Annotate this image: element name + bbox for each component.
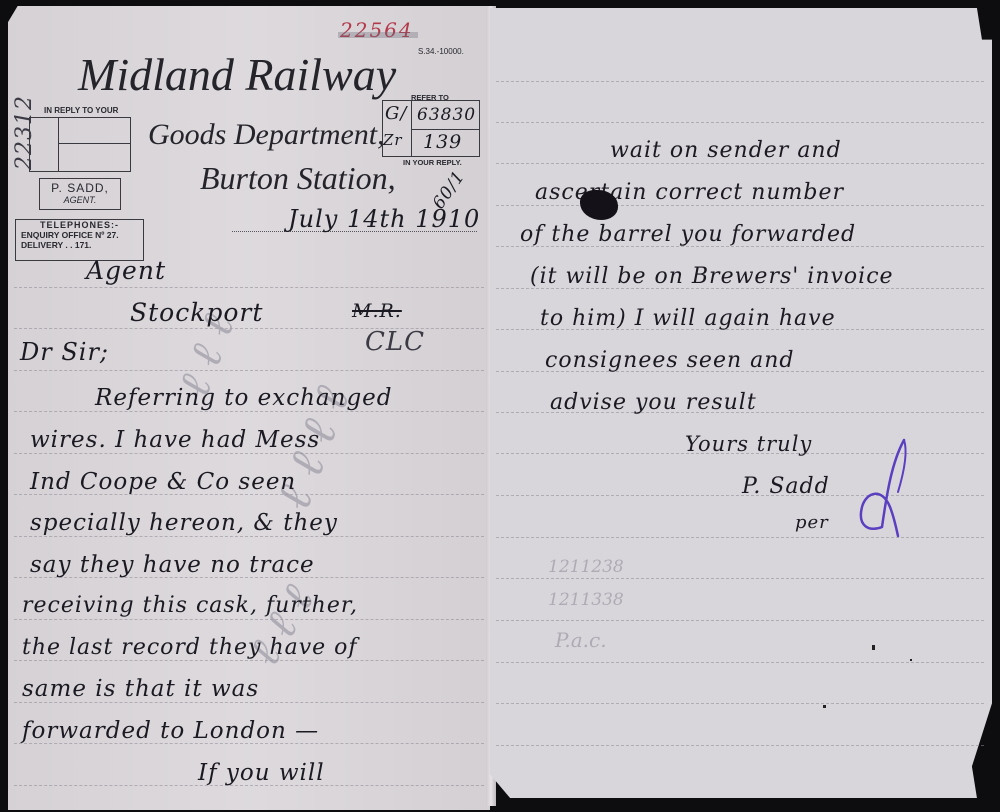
salutation: Dr Sir; — [20, 338, 109, 366]
letter-line: of the barrel you forwarded — [520, 222, 856, 247]
refer-prefix-top: G/ — [385, 103, 407, 124]
station-name: Burton Station, — [200, 160, 396, 197]
letter-line: wires. I have had Mess — [30, 427, 320, 453]
telephones-box: TELEPHONES:- ENQUIRY OFFICE Nº 27. DELIV… — [15, 219, 144, 261]
violet-initial-mark — [852, 432, 912, 544]
agent-title: AGENT. — [40, 195, 120, 205]
delivery-number: DELIVERY . . 171. — [16, 240, 143, 250]
agent-box: P. SADD, AGENT. — [39, 178, 121, 210]
closing: Yours truly — [685, 432, 812, 456]
in-your-reply-label: IN YOUR REPLY. — [403, 158, 462, 167]
letter-line: (it will be on Brewers' invoice — [530, 264, 894, 289]
struck-text: M.R. — [352, 300, 402, 322]
ink-speck — [872, 645, 875, 650]
pencil-note: P.a.c. — [555, 628, 607, 652]
form-code: S.34.-10000. — [418, 47, 464, 56]
company-name: Midland Railway — [78, 48, 396, 101]
letter-line: If you will — [198, 760, 325, 786]
pencil-note: 1211338 — [548, 590, 624, 610]
strike-smudge — [338, 32, 418, 38]
refer-number-bottom: 139 — [423, 131, 462, 153]
letter-line: consignees seen and — [545, 348, 795, 373]
letter-line: advise you result — [550, 390, 757, 415]
department-name: Goods Department, — [148, 118, 385, 152]
letter-line: say they have no trace — [30, 552, 315, 578]
annotation-clc: CLC — [365, 327, 425, 357]
telephones-label: TELEPHONES:- — [16, 220, 143, 230]
in-reply-label: IN REPLY TO YOUR — [44, 106, 118, 115]
refer-to-box: G/ Zr 63830 139 — [382, 100, 480, 157]
refer-number-top: 63830 — [417, 105, 476, 125]
letter-line: specially hereon, & they — [30, 510, 338, 536]
per-label: per — [795, 512, 829, 533]
in-reply-box — [29, 117, 131, 172]
letter-line: Ind Coope & Co seen — [30, 469, 296, 495]
ink-speck — [910, 659, 912, 661]
ink-speck — [823, 705, 826, 708]
letter-line: wait on sender and — [610, 138, 842, 163]
letter-line: Referring to exchanged — [95, 385, 393, 411]
letter-line: receiving this cask, further, — [22, 593, 358, 618]
letter-date: July 14th 1910 — [288, 205, 480, 233]
refer-prefix-bottom: Zr — [383, 131, 403, 149]
letter-line: the last record they have of — [22, 635, 358, 660]
addressee-line-1: Agent — [86, 256, 166, 285]
top-reference-number: 22564 — [340, 18, 414, 42]
letter-line: forwarded to London — — [22, 718, 319, 744]
signature: P. Sadd — [742, 474, 830, 499]
agent-name: P. SADD, — [40, 181, 120, 195]
addressee-line-2: Stockport — [130, 298, 263, 327]
letter-line: same is that it was — [22, 676, 259, 702]
enquiry-office-number: ENQUIRY OFFICE Nº 27. — [16, 230, 143, 240]
pencil-note: 1211238 — [548, 557, 624, 577]
letter-line: to him) I will again have — [540, 306, 836, 331]
